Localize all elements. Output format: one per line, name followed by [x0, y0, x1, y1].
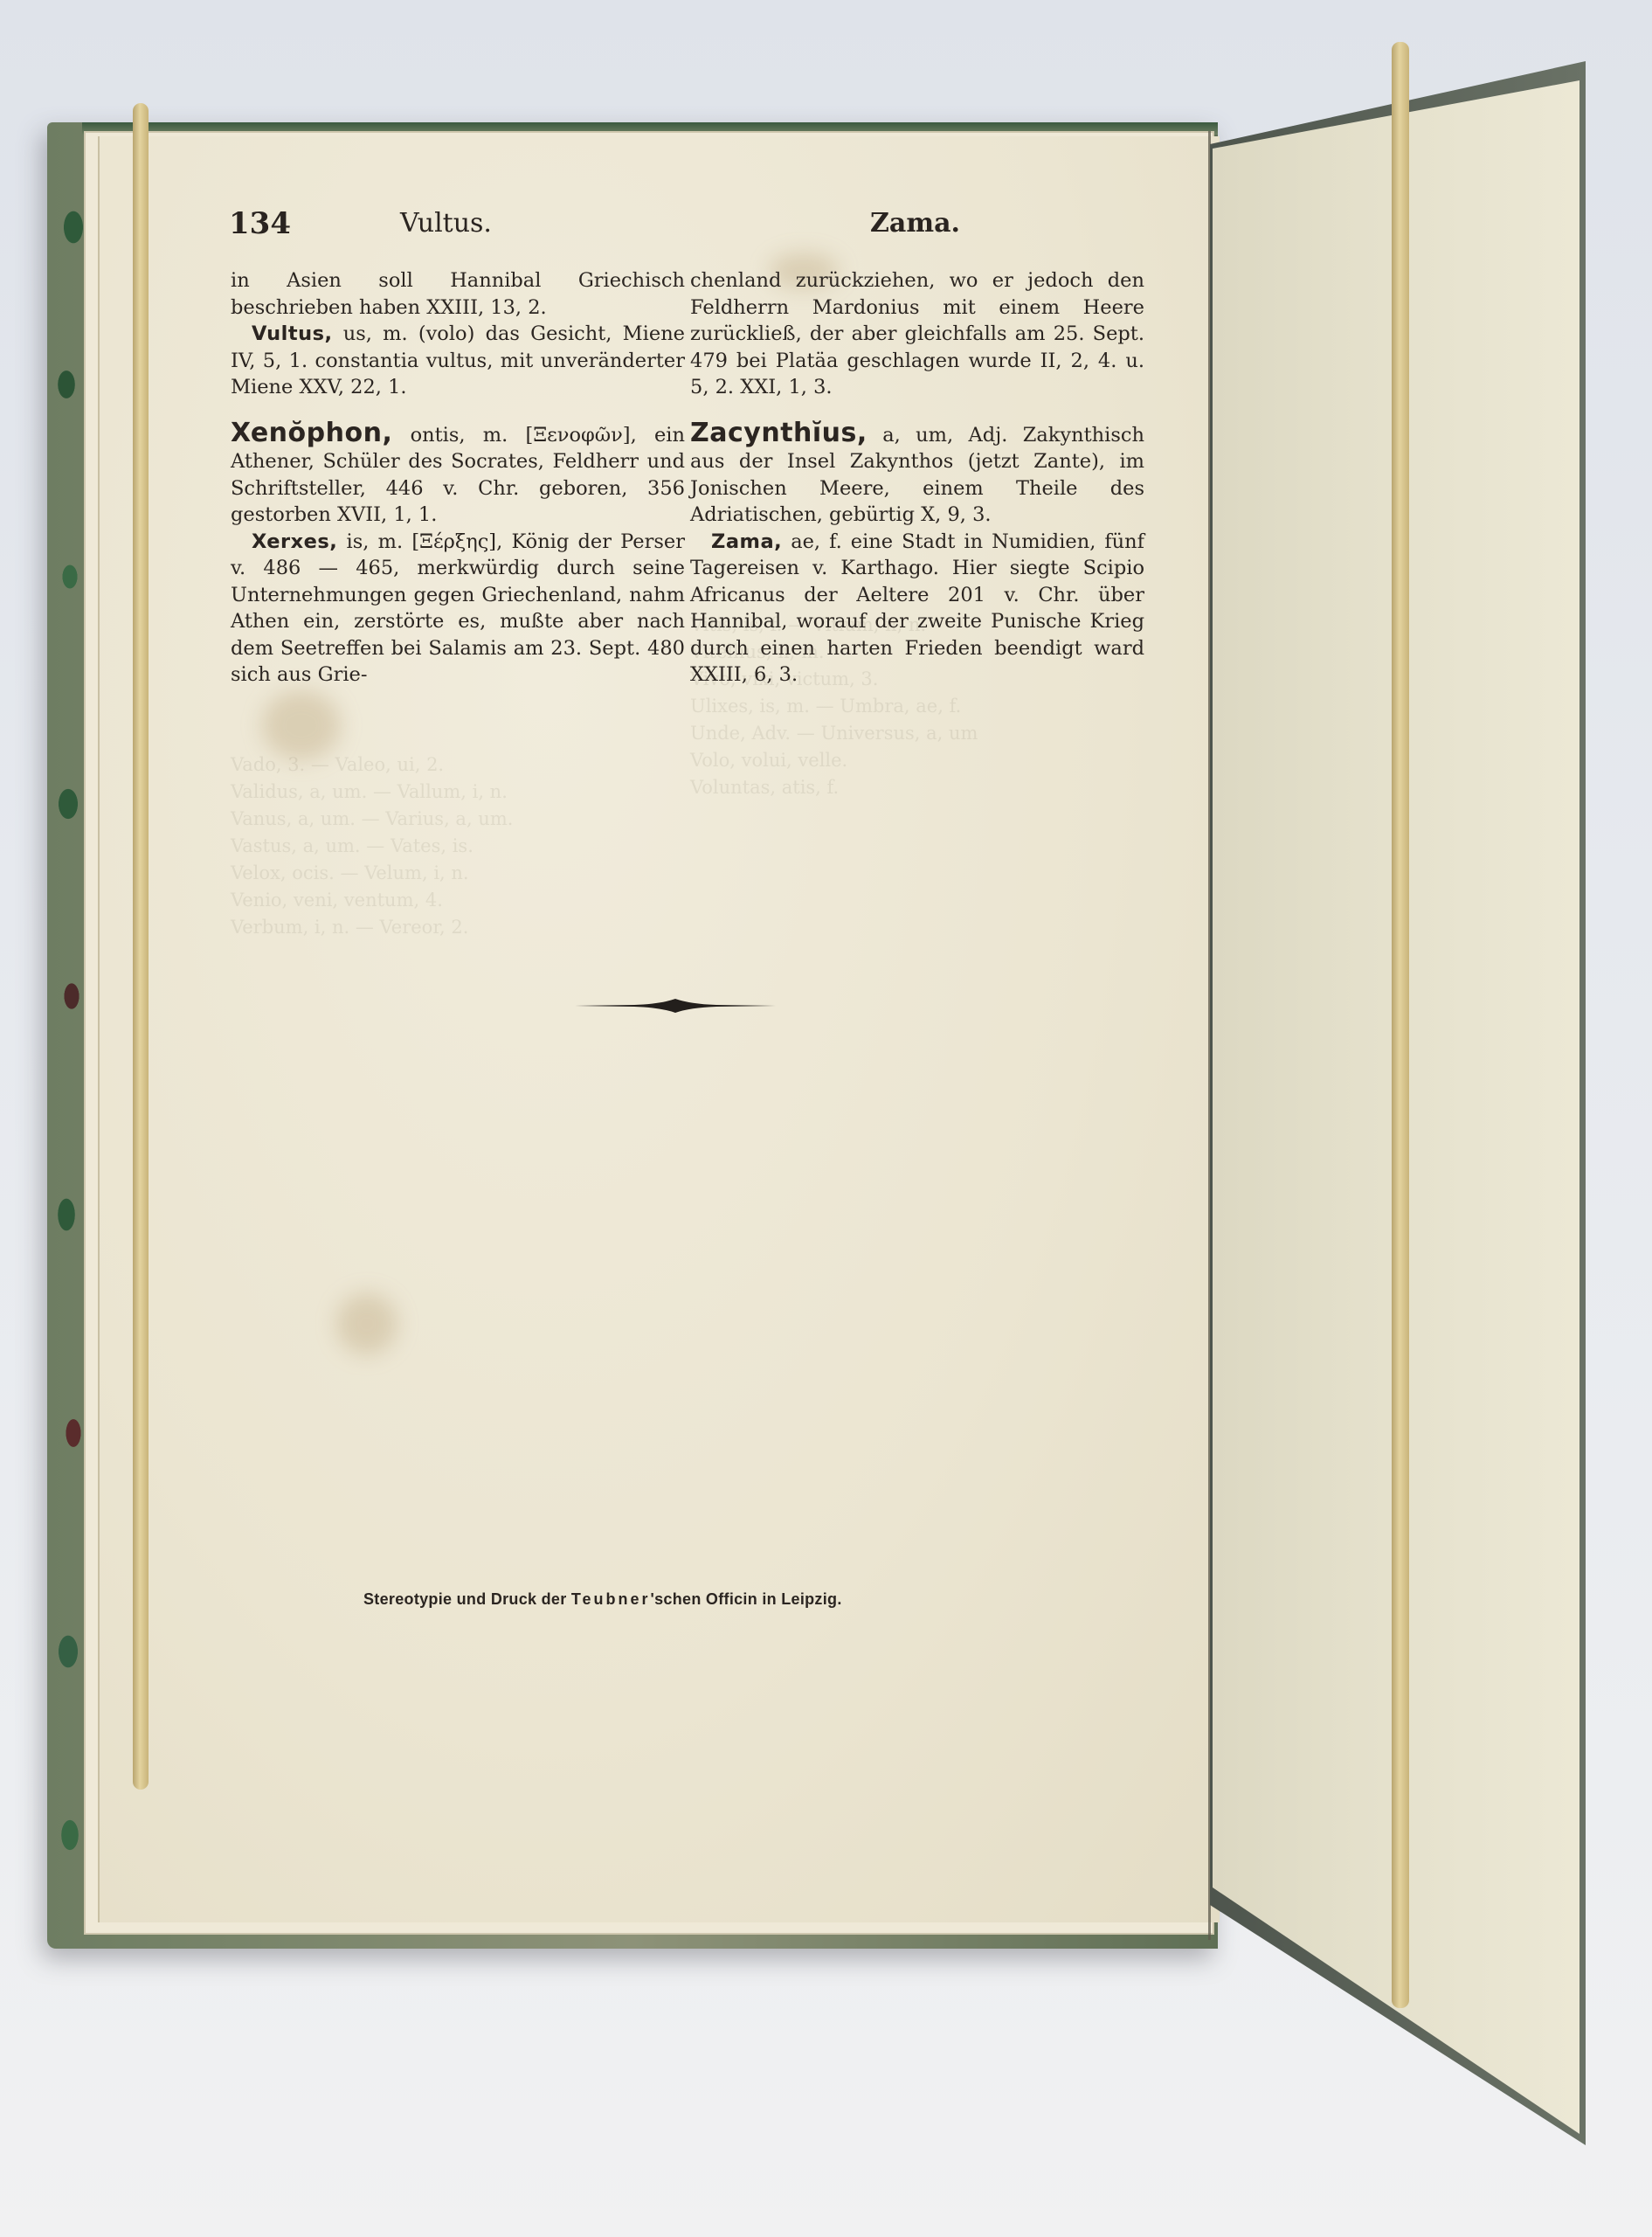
dictionary-entry: Zacynthĭus, a, um, Adj. Zakynthisch aus … [690, 420, 1144, 529]
show-through-text: Vado, 3. — Valeo, ui, 2. Validus, a, um.… [231, 751, 667, 941]
headword: Xenŏphon, [231, 418, 392, 448]
page-number: 134 [229, 206, 291, 241]
headword: Vultus, [252, 322, 333, 345]
headword: Xerxes, [252, 530, 337, 553]
printer-imprint: Stereotypie und Druck der Teubner'schen … [363, 1590, 992, 1609]
right-column: chenland zurückziehen, wo er jedoch den … [690, 267, 1144, 689]
dictionary-entry: in Asien soll Hannibal Griechisch beschr… [231, 267, 685, 321]
headword: Zama, [711, 530, 782, 553]
left-column: in Asien soll Hannibal Griechisch beschr… [231, 267, 685, 689]
running-head-left: Vultus. [400, 208, 492, 239]
foxing-stain [262, 690, 341, 760]
dictionary-entry: Xerxes, is, m. [Ξέρξης], König der Perse… [231, 529, 685, 689]
running-head-right: Zama. [870, 208, 960, 239]
imprint-prefix: Stereotypie und Druck der [363, 1590, 571, 1608]
imprint-publisher: Teubner [571, 1590, 651, 1608]
entry-text: chenland zurückziehen, wo er jedoch den … [690, 269, 1144, 398]
entry-text: in Asien soll Hannibal Griechisch beschr… [231, 269, 685, 319]
dictionary-entry: Xenŏphon, ontis, m. [Ξενοφῶν], ein Athen… [231, 420, 685, 529]
foxing-stain [336, 1293, 397, 1354]
running-head: 134 Vultus. Zama. [229, 206, 1172, 241]
entry-text: is, m. [Ξέρξης], König der Perser v. 486… [231, 530, 685, 687]
headword: Zacynthĭus, [690, 418, 867, 448]
rubber-band-right [1392, 42, 1409, 2008]
dictionary-entry: Zama, ae, f. eine Stadt in Numidien, fün… [690, 529, 1144, 689]
entry-text: ae, f. eine Stadt in Numidien, fünf Tage… [690, 530, 1144, 687]
imprint-suffix: 'schen Officin in Leipzig. [651, 1590, 842, 1608]
rubber-band-left [133, 103, 149, 1790]
end-ornament-rule [573, 996, 778, 1015]
dictionary-entry: Vultus, us, m. (volo) das Gesicht, Miene… [231, 321, 685, 401]
photo-scene: Vitis, is, f. — Vitium, ii, n. Vitellius… [0, 0, 1652, 2237]
dictionary-entry: chenland zurückziehen, wo er jedoch den … [690, 267, 1144, 401]
